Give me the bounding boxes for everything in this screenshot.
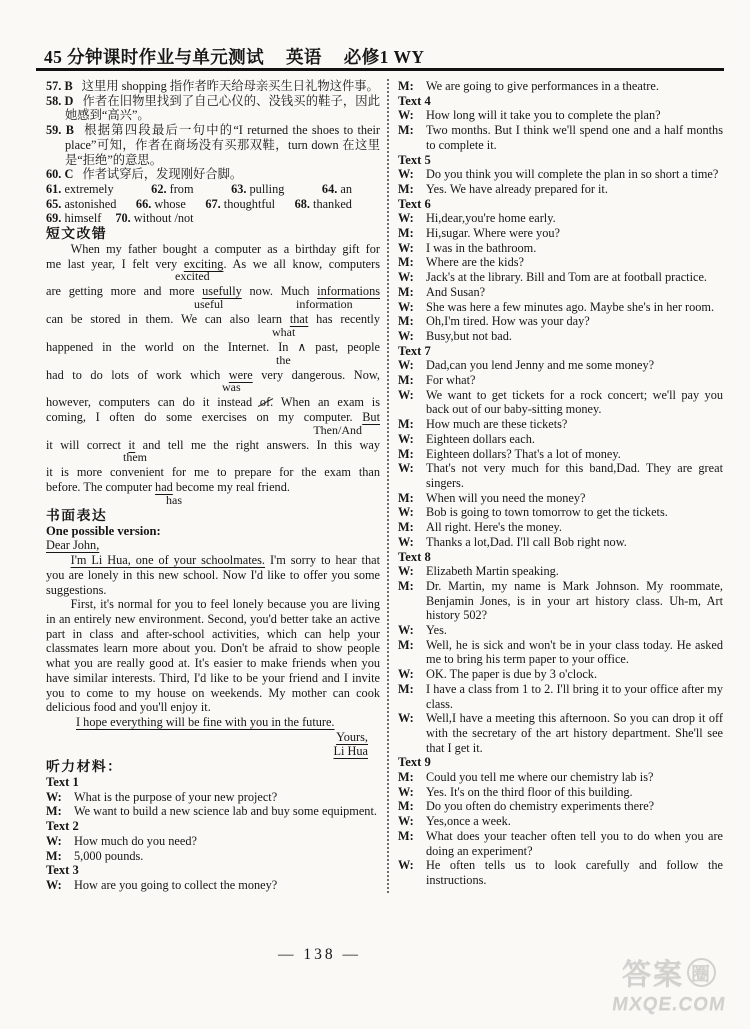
speaker-label: W: xyxy=(398,461,426,490)
dialog-text: I have a class from 1 to 2. I'll bring i… xyxy=(426,682,724,711)
dialog-line: W:Elizabeth Martin speaking. xyxy=(398,564,724,579)
answer-explanation: 作者试穿后，发现刚好合脚。 xyxy=(82,167,242,181)
speaker-label: M: xyxy=(398,799,426,814)
dialog-line: W:I was in the bathroom. xyxy=(398,241,724,256)
speaker-label: W: xyxy=(398,711,426,755)
dialog-text: Dr. Martin, my name is Mark Johnson. My … xyxy=(426,579,724,623)
blank-answer: 69. himself xyxy=(46,211,101,226)
correction-line: excited xyxy=(46,271,380,284)
passage-line: happened in the world on the Internet. I… xyxy=(46,340,380,355)
dialog-text: Bob is going to town tomorrow to get the… xyxy=(426,505,724,520)
dialog-line: M:How much are these tickets? xyxy=(398,417,724,432)
dialog-text: Do you think you will complete the plan … xyxy=(426,167,724,182)
dialog-text: Yes,once a week. xyxy=(426,814,724,829)
speaker-label: W: xyxy=(398,667,426,682)
dialog-text: Hi,sugar. Where were you? xyxy=(426,226,724,241)
speaker-label: W: xyxy=(398,505,426,520)
dialog-line: M:And Susan? xyxy=(398,285,724,300)
passage-line: Dear John, xyxy=(46,538,380,553)
blank-answer: 61. extremely xyxy=(46,182,114,197)
speaker-label: M: xyxy=(398,638,426,667)
correction-word: was xyxy=(222,381,241,394)
dialog-line: W:Bob is going to town tomorrow to get t… xyxy=(398,505,724,520)
signature-line: Li Hua xyxy=(46,744,380,759)
text-heading: Text 1 xyxy=(46,775,380,790)
dialog-text: Well,I have a meeting this afternoon. So… xyxy=(426,711,724,755)
dialog-line: M:We want to build a new science lab and… xyxy=(46,804,380,819)
dialog-text: Could you tell me where our chemistry la… xyxy=(426,770,724,785)
underlined-word: Dear John, xyxy=(46,538,99,552)
watermark-circle-icon: 圈 xyxy=(687,958,716,987)
dialog-text: Do you often do chemistry experiments th… xyxy=(426,799,724,814)
dialog-line: W:Busy,but not bad. xyxy=(398,329,724,344)
speaker-label: W: xyxy=(46,878,74,893)
speaker-label: W: xyxy=(398,432,426,447)
dialog-text: She was here a few minutes ago. Maybe sh… xyxy=(426,300,724,315)
dialog-text: Two months. But I think we'll spend one … xyxy=(426,123,724,152)
signature-text: Li Hua xyxy=(334,744,369,758)
dialog-text: Where are the kids? xyxy=(426,255,724,270)
speaker-label: W: xyxy=(398,300,426,315)
correction-word: them xyxy=(123,451,147,464)
dialog-line: W:How much do you need? xyxy=(46,834,380,849)
speaker-label: W: xyxy=(398,270,426,285)
dialog-text: We are going to give performances in a t… xyxy=(426,79,724,94)
header-book: 必修1 WY xyxy=(344,47,425,67)
text-segment: When my father bought a computer as a bi… xyxy=(71,242,380,256)
answers-row: 65. astonished66. whose67. thoughtful68.… xyxy=(46,197,380,212)
answers-row: 69. himself70. without /not xyxy=(46,211,380,226)
blank-answer: 65. astonished xyxy=(46,197,116,212)
section-heading: 听力材料： xyxy=(46,759,380,775)
underlined-word: I'm Li Hua, one of your schoolmates. xyxy=(71,553,265,567)
watermark-url: MXQE.COM xyxy=(592,994,745,1016)
text-segment: had to do lots of work which xyxy=(46,368,229,382)
dialog-line: W:Jack's at the library. Bill and Tom ar… xyxy=(398,270,724,285)
text-segment: before. The computer xyxy=(46,480,155,494)
dialog-text: That's not very much for this band,Dad. … xyxy=(426,461,724,490)
answer-number: 60. C xyxy=(46,167,73,181)
text-segment: me last year, I felt very xyxy=(46,257,184,271)
column-divider xyxy=(387,79,389,893)
dialog-text: We want to build a new science lab and b… xyxy=(74,804,380,819)
dialog-text: Eighteen dollars each. xyxy=(426,432,724,447)
letter-closing-line: I hope everything will be fine with you … xyxy=(46,715,380,730)
dialog-line: M:Two months. But I think we'll spend on… xyxy=(398,123,724,152)
text-heading: Text 9 xyxy=(398,755,724,770)
dialog-line: M:Dr. Martin, my name is Mark Johnson. M… xyxy=(398,579,724,623)
text-segment: and tell me the right answers. In this w… xyxy=(135,438,380,452)
dialog-line: W:Well,I have a meeting this afternoon. … xyxy=(398,711,724,755)
text-heading: Text 2 xyxy=(46,819,380,834)
correction-line: the xyxy=(46,355,380,368)
dialog-line: W:We want to get tickets for a rock conc… xyxy=(398,388,724,417)
speaker-label: M: xyxy=(398,829,426,858)
correction-line: usefulinformation xyxy=(46,299,380,312)
blank-answer: 70. without /not xyxy=(115,211,193,226)
signature-text: Yours, xyxy=(336,730,368,744)
dialog-line: W:Hi,dear,you're home early. xyxy=(398,211,724,226)
text-segment: are getting more and more xyxy=(46,284,202,298)
speaker-label: M: xyxy=(398,682,426,711)
correction-line: Then/And xyxy=(46,425,380,438)
dialog-line: W:How long will it take you to complete … xyxy=(398,108,724,123)
correction-word: useful xyxy=(194,298,223,311)
correction-word: the xyxy=(276,354,291,367)
dialog-line: W:Yes,once a week. xyxy=(398,814,724,829)
speaker-label: W: xyxy=(398,211,426,226)
dialog-line: M:Oh,I'm tired. How was your day? xyxy=(398,314,724,329)
dialog-text: For what? xyxy=(426,373,724,388)
dialog-line: M:Eighteen dollars? That's a lot of mone… xyxy=(398,447,724,462)
dialog-text: How long will it take you to complete th… xyxy=(426,108,724,123)
text-segment: very dangerous. Now, xyxy=(253,368,380,382)
text-segment: however, computers can do it instead xyxy=(46,395,260,409)
text-segment: can be stored in them. We can also learn xyxy=(46,312,290,326)
correction-line: was xyxy=(46,382,380,395)
dialog-text: Well, he is sick and won't be in your cl… xyxy=(426,638,724,667)
dialog-text: OK. The paper is due by 3 o'clock. xyxy=(426,667,724,682)
speaker-label: W: xyxy=(46,790,74,805)
speaker-label: W: xyxy=(46,834,74,849)
correction-word: what xyxy=(272,326,295,339)
text-segment: happened in the world on the Internet. I… xyxy=(46,340,297,354)
dialog-text: All right. Here's the money. xyxy=(426,520,724,535)
passage-line: it is more convenient for me to prepare … xyxy=(46,465,380,480)
dialog-line: W:Do you think you will complete the pla… xyxy=(398,167,724,182)
text-segment: . When an exam is xyxy=(270,395,380,409)
speaker-label: M: xyxy=(398,255,426,270)
dialog-line: W:That's not very much for this band,Dad… xyxy=(398,461,724,490)
struck-word: of xyxy=(260,395,270,409)
speaker-label: W: xyxy=(398,785,426,800)
dialog-line: M:I have a class from 1 to 2. I'll bring… xyxy=(398,682,724,711)
letter-paragraph: I'm Li Hua, one of your schoolmates. I'm… xyxy=(46,553,380,597)
dialog-text: Elizabeth Martin speaking. xyxy=(426,564,724,579)
dialog-line: W:How are you going to collect the money… xyxy=(46,878,380,893)
answer-explanation: 根据第四段最后一句中的“I returned the shoes to thei… xyxy=(65,123,380,166)
page-header: 45 分钟课时作业与单元测试英语必修1 WY xyxy=(44,44,720,69)
speaker-label: M: xyxy=(398,520,426,535)
correction-line: them xyxy=(46,452,380,465)
blank-answer: 63. pulling xyxy=(231,182,284,197)
dialog-text: Jack's at the library. Bill and Tom are … xyxy=(426,270,724,285)
dialog-line: M:For what? xyxy=(398,373,724,388)
speaker-label: M: xyxy=(398,226,426,241)
dialog-line: W:She was here a few minutes ago. Maybe … xyxy=(398,300,724,315)
speaker-label: W: xyxy=(398,814,426,829)
dialog-text: Busy,but not bad. xyxy=(426,329,724,344)
dialog-text: He often tells us to look carefully and … xyxy=(426,858,724,887)
correction-line: what xyxy=(46,327,380,340)
speaker-label: W: xyxy=(398,108,426,123)
text-segment: has recently xyxy=(308,312,380,326)
answer-explanation: 作者在旧物里找到了自己心仪的、没钱买的鞋子，因此她感到“高兴”。 xyxy=(65,94,380,123)
answer-item: 60. C作者试穿后，发现刚好合脚。 xyxy=(46,167,380,182)
correction-word: has xyxy=(166,494,182,507)
speaker-label: W: xyxy=(398,358,426,373)
text-heading: Text 4 xyxy=(398,94,724,109)
dialog-text: 5,000 pounds. xyxy=(74,849,380,864)
passage-line: can be stored in them. We can also learn… xyxy=(46,312,380,327)
watermark-logo: 答案圈 MXQE.COM xyxy=(594,952,744,1016)
dialog-line: W:OK. The paper is due by 3 o'clock. xyxy=(398,667,724,682)
text-heading: Text 5 xyxy=(398,153,724,168)
dialog-line: M:We are going to give performances in a… xyxy=(398,79,724,94)
speaker-label: W: xyxy=(398,535,426,550)
blank-answer: 62. from xyxy=(151,182,193,197)
dialog-line: W:Thanks a lot,Dad. I'll call Bob right … xyxy=(398,535,724,550)
page-number: — 138 — xyxy=(278,946,361,964)
dialog-line: M:Well, he is sick and won't be in your … xyxy=(398,638,724,667)
dialog-text: What is the purpose of your new project? xyxy=(74,790,380,805)
text-heading: Text 3 xyxy=(46,863,380,878)
header-title: 45 分钟课时作业与单元测试 xyxy=(44,47,264,67)
text-segment: it will correct xyxy=(46,438,128,452)
watermark-text: 答案 xyxy=(622,952,684,993)
speaker-label: M: xyxy=(398,314,426,329)
text-segment: past, people xyxy=(306,340,380,354)
dialog-text: When will you need the money? xyxy=(426,491,724,506)
speaker-label: M: xyxy=(398,447,426,462)
dialog-text: Oh,I'm tired. How was your day? xyxy=(426,314,724,329)
dialog-text: I was in the bathroom. xyxy=(426,241,724,256)
dialog-text: Yes. xyxy=(426,623,724,638)
answers-row: 61. extremely62. from63. pulling64. an xyxy=(46,182,380,197)
speaker-label: M: xyxy=(398,79,426,94)
dialog-line: W:Yes. xyxy=(398,623,724,638)
correction-word: excited xyxy=(175,270,210,283)
letter-paragraph: First, it's normal for you to feel lonel… xyxy=(46,597,380,715)
correction-word: Then/And xyxy=(313,424,362,437)
speaker-label: W: xyxy=(398,167,426,182)
text-segment: coming, I often do some exercises on my … xyxy=(46,410,362,424)
section-heading: 书面表达 xyxy=(46,508,380,524)
dialog-line: M:Could you tell me where our chemistry … xyxy=(398,770,724,785)
dialog-text: Yes. We have already prepared for it. xyxy=(426,182,724,197)
dialog-line: W:Dad,can you lend Jenny and me some mon… xyxy=(398,358,724,373)
answer-number: 59. B xyxy=(46,123,74,137)
speaker-label: M: xyxy=(398,770,426,785)
dialog-line: W:He often tells us to look carefully an… xyxy=(398,858,724,887)
dialog-line: M:When will you need the money? xyxy=(398,491,724,506)
dialog-line: M:Where are the kids? xyxy=(398,255,724,270)
dialog-line: W:Yes. It's on the third floor of this b… xyxy=(398,785,724,800)
passage-line: however, computers can do it instead of.… xyxy=(46,395,380,410)
dialog-line: M:Yes. We have already prepared for it. xyxy=(398,182,724,197)
answer-item: 59. B根据第四段最后一句中的“I returned the shoes to… xyxy=(46,123,380,167)
speaker-label: W: xyxy=(398,241,426,256)
header-subject: 英语 xyxy=(286,47,322,67)
speaker-label: M: xyxy=(398,417,426,432)
content-columns: 57. B这里用 shopping 指作者昨天给母亲买生日礼物这件事。58. D… xyxy=(46,79,724,893)
speaker-label: M: xyxy=(398,491,426,506)
dialog-line: M:What does your teacher often tell you … xyxy=(398,829,724,858)
dialog-text: How much do you need? xyxy=(74,834,380,849)
closing-text: I hope everything will be fine with you … xyxy=(76,715,335,729)
dialog-text: How are you going to collect the money? xyxy=(74,878,380,893)
text-segment: it is more convenient for me to prepare … xyxy=(46,465,380,479)
underlined-word: But xyxy=(362,410,380,424)
speaker-label: W: xyxy=(398,388,426,417)
speaker-label: M: xyxy=(46,804,74,819)
answer-number: 57. B xyxy=(46,79,73,93)
scanned-answer-page: 45 分钟课时作业与单元测试英语必修1 WY 57. B这里用 shopping… xyxy=(0,0,750,1029)
left-column: 57. B这里用 shopping 指作者昨天给母亲买生日礼物这件事。58. D… xyxy=(46,79,380,893)
passage-line: When my father bought a computer as a bi… xyxy=(46,242,380,257)
header-rule xyxy=(36,68,724,71)
dialog-text: How much are these tickets? xyxy=(426,417,724,432)
speaker-label: M: xyxy=(398,285,426,300)
text-heading: Text 7 xyxy=(398,344,724,359)
passage-line: had to do lots of work which were very d… xyxy=(46,368,380,383)
passage-line: me last year, I felt very exciting. As w… xyxy=(46,257,380,272)
dialog-text: We want to get tickets for a rock concer… xyxy=(426,388,724,417)
speaker-label: M: xyxy=(398,579,426,623)
answer-item: 57. B这里用 shopping 指作者昨天给母亲买生日礼物这件事。 xyxy=(46,79,380,94)
dialog-text: Hi,dear,you're home early. xyxy=(426,211,724,226)
dialog-line: M:Hi,sugar. Where were you? xyxy=(398,226,724,241)
correction-word: information xyxy=(296,298,353,311)
speaker-label: M: xyxy=(46,849,74,864)
speaker-label: W: xyxy=(398,564,426,579)
speaker-label: W: xyxy=(398,329,426,344)
speaker-label: W: xyxy=(398,623,426,638)
blank-answer: 68. thanked xyxy=(295,197,352,212)
text-segment: become my real friend. xyxy=(173,480,290,494)
right-column: M:We are going to give performances in a… xyxy=(398,79,724,893)
text-segment: . As we all know, computers xyxy=(223,257,380,271)
speaker-label: W: xyxy=(398,858,426,887)
dialog-line: W:What is the purpose of your new projec… xyxy=(46,790,380,805)
dialog-text: Eighteen dollars? That's a lot of money. xyxy=(426,447,724,462)
correction-line: has xyxy=(46,495,380,508)
dialog-line: W:Eighteen dollars each. xyxy=(398,432,724,447)
caret-mark: ∧ xyxy=(297,340,306,354)
speaker-label: M: xyxy=(398,182,426,197)
dialog-text: And Susan? xyxy=(426,285,724,300)
section-heading: 短文改错 xyxy=(46,226,380,242)
passage-line: before. The computer had become my real … xyxy=(46,480,380,495)
dialog-line: M:5,000 pounds. xyxy=(46,849,380,864)
text-heading: Text 8 xyxy=(398,550,724,565)
dialog-line: M:Do you often do chemistry experiments … xyxy=(398,799,724,814)
dialog-line: M:All right. Here's the money. xyxy=(398,520,724,535)
subheading: One possible version: xyxy=(46,524,380,539)
dialog-text: Yes. It's on the third floor of this bui… xyxy=(426,785,724,800)
passage-line: it will correct it and tell me the right… xyxy=(46,438,380,453)
dialog-text: What does your teacher often tell you to… xyxy=(426,829,724,858)
watermark-brand: 答案圈 xyxy=(594,952,744,993)
answer-item: 58. D作者在旧物里找到了自己心仪的、没钱买的鞋子，因此她感到“高兴”。 xyxy=(46,94,380,123)
blank-answer: 67. thoughtful xyxy=(205,197,275,212)
dialog-text: Dad,can you lend Jenny and me some money… xyxy=(426,358,724,373)
speaker-label: M: xyxy=(398,373,426,388)
answer-number: 58. D xyxy=(46,94,73,108)
signature-line: Yours, xyxy=(46,730,380,745)
dialog-text: Thanks a lot,Dad. I'll call Bob right no… xyxy=(426,535,724,550)
blank-answer: 64. an xyxy=(322,182,352,197)
answer-explanation: 这里用 shopping 指作者昨天给母亲买生日礼物这件事。 xyxy=(82,79,379,93)
underlined-word: had xyxy=(155,480,173,494)
text-heading: Text 6 xyxy=(398,197,724,212)
text-segment: First, it's normal for you to feel lonel… xyxy=(46,597,380,714)
speaker-label: M: xyxy=(398,123,426,152)
blank-answer: 66. whose xyxy=(136,197,186,212)
